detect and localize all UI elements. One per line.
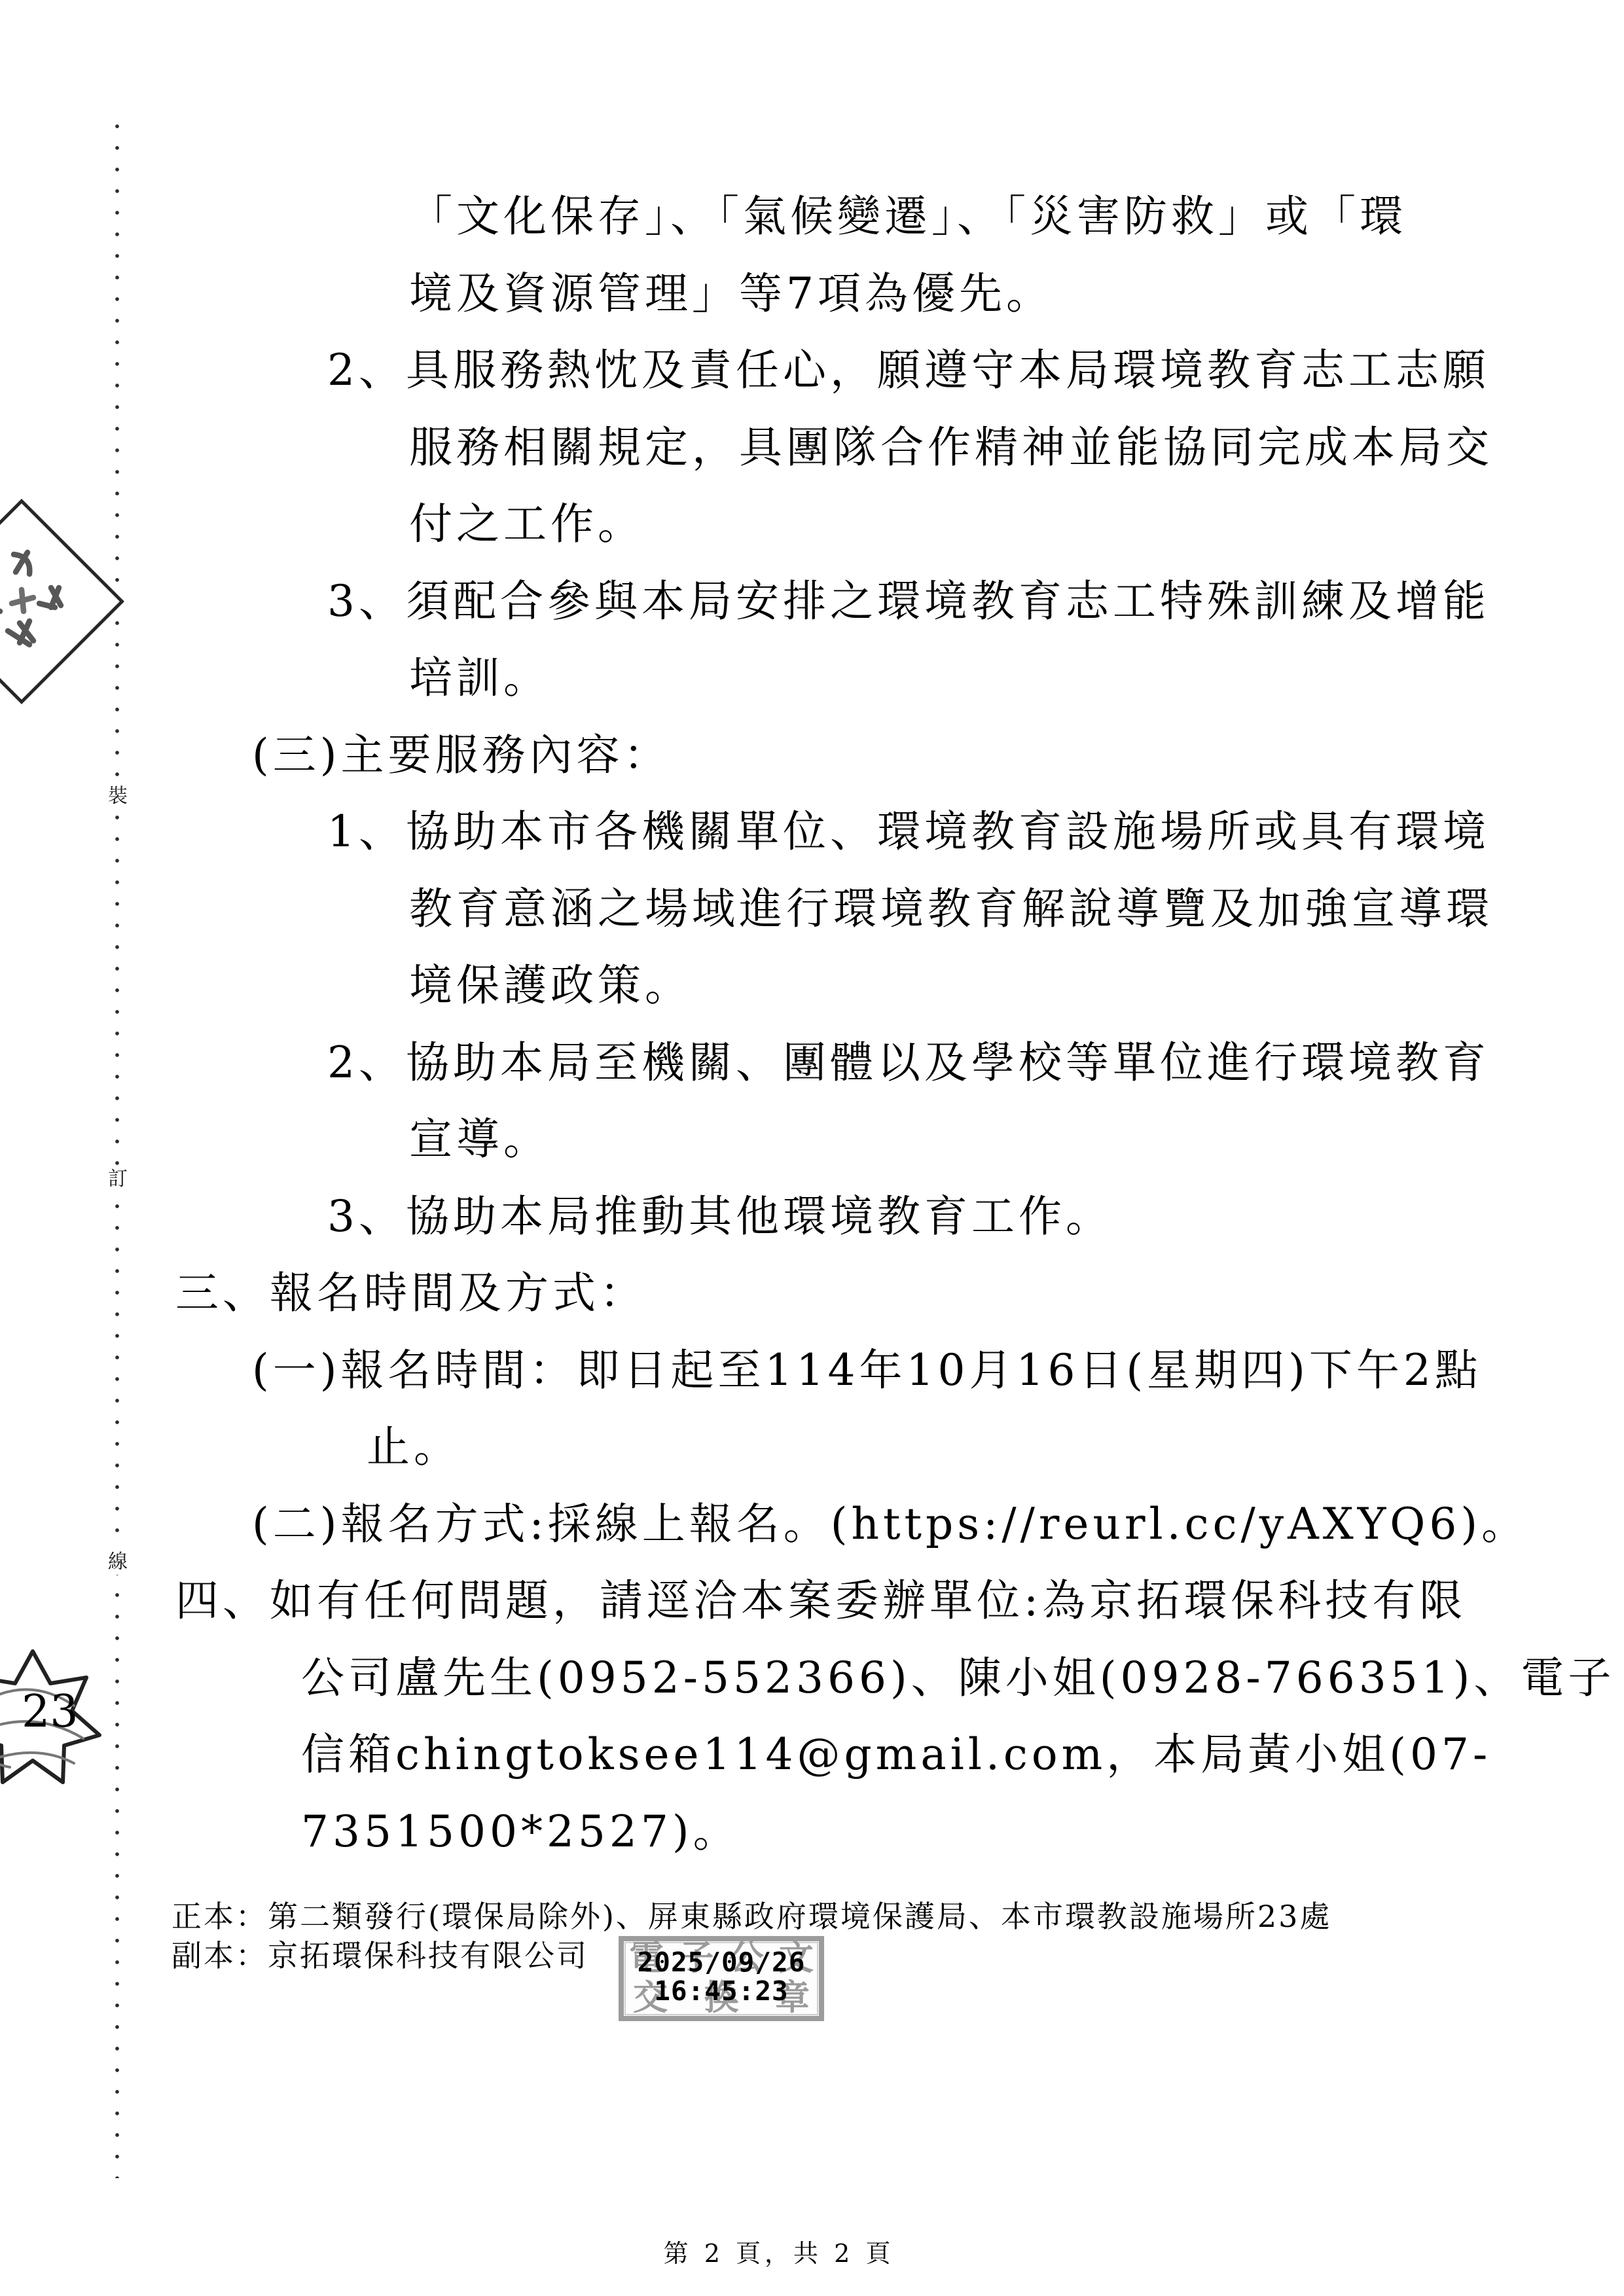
- body-text-line: 境及資源管理」等7項為優先。: [0, 255, 1584, 332]
- stamp-date: 2025/09/26: [624, 1948, 819, 1977]
- body-text-line: (一)報名時間：即日起至114年10月16日(星期四)下午2點: [0, 1332, 1584, 1409]
- body-text-line: 2、協助本局至機關、團體以及學校等單位進行環境教育: [0, 1024, 1584, 1102]
- document-body: 「文化保存」、「氣候變遷」、「災害防救」或「環 境及資源管理」等7項為優先。 2…: [0, 178, 1584, 1870]
- body-text-line: 三、報名時間及方式：: [0, 1255, 1584, 1332]
- body-text-line: 公司盧先生(0952-552366)、陳小姐(0928-766351)、電子: [0, 1640, 1584, 1717]
- body-text-line: 四、如有任何問題，請逕洽本案委辦單位:為京拓環保科技有限: [0, 1562, 1584, 1640]
- body-text-line: 境保護政策。: [0, 947, 1584, 1024]
- page-footer: 第 2 頁，共 2 頁: [0, 2233, 1558, 2269]
- distribution-original: 正本：第二類發行(環保局除外)、屏東縣政府環境保護局、本市環教設施場所23處: [171, 1897, 1331, 1936]
- electronic-exchange-stamp: 電 子 公 文 交 換 章 2025/09/26 16:45:23: [619, 1936, 824, 2021]
- body-text-line: (三)主要服務內容：: [0, 717, 1584, 794]
- body-text-line: 2、具服務熱忱及責任心，願遵守本局環境教育志工志願: [0, 332, 1584, 409]
- body-text-line: 1、協助本市各機關單位、環境教育設施場所或具有環境: [0, 793, 1584, 870]
- document-page: 裝 訂 線 23 「文化保存」、「氣候變遷」、「災害防救」或「環: [0, 0, 1624, 2296]
- body-text-line: 宣導。: [0, 1101, 1584, 1178]
- stamp-time: 16:45:23: [624, 1977, 819, 2005]
- body-text-line: 7351500*2527)。: [0, 1793, 1584, 1871]
- stamp-datetime: 2025/09/26 16:45:23: [624, 1948, 819, 2005]
- body-text-line: (二)報名方式:採線上報名。(https://reurl.cc/yAXYQ6)。: [0, 1486, 1584, 1563]
- body-text-line: 3、協助本局推動其他環境教育工作。: [0, 1178, 1584, 1255]
- body-text-line: 3、須配合參與本局安排之環境教育志工特殊訓練及增能: [0, 563, 1584, 640]
- body-text-line: 「文化保存」、「氣候變遷」、「災害防救」或「環: [0, 178, 1584, 255]
- body-text-line: 培訓。: [0, 639, 1584, 717]
- body-text-line: 信箱chingtoksee114@gmail.com，本局黃小姐(07-: [0, 1716, 1584, 1793]
- body-text-line: 付之工作。: [0, 486, 1584, 563]
- body-text-line: 止。: [0, 1408, 1584, 1486]
- body-text-line: 服務相關規定，具團隊合作精神並能協同完成本局交: [0, 409, 1584, 486]
- body-text-line: 教育意涵之場域進行環境教育解說導覽及加強宣導環: [0, 870, 1584, 948]
